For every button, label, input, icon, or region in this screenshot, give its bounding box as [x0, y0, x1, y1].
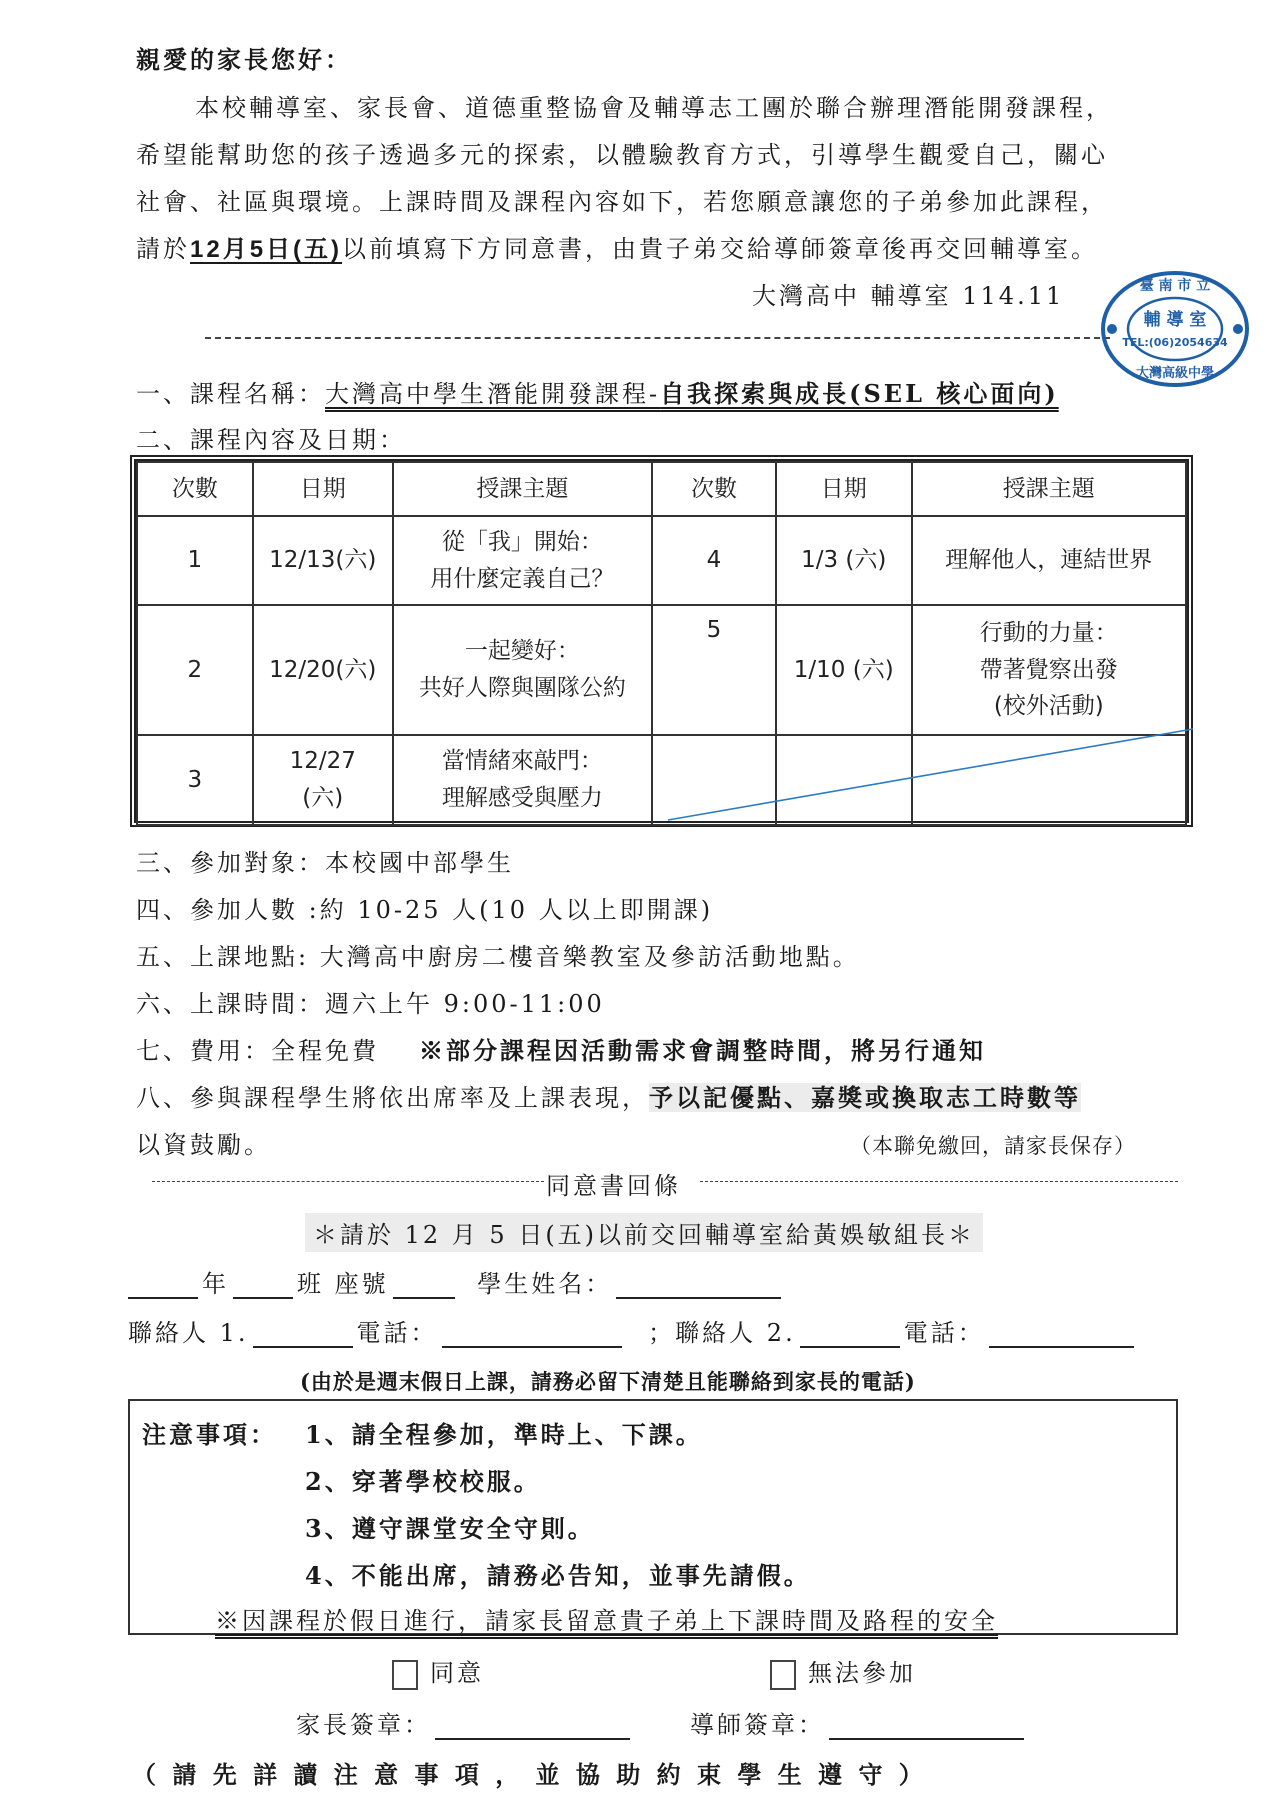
safety-note: ※因課程於假日進行，請家長留意貴子弟上下課時間及路程的安全 — [215, 1601, 998, 1636]
header-topic-2: 授課主題 — [912, 462, 1186, 516]
reply-divider-left — [152, 1181, 544, 1182]
course-name-title: 自我探索與成長(SEL 核心面向) — [660, 379, 1059, 408]
contact1-phone-input[interactable] — [442, 1324, 622, 1348]
decline-label: 無法參加 — [808, 1659, 916, 1687]
empty-cell — [912, 735, 1186, 825]
parent-signature[interactable]: 家長簽章： — [296, 1705, 634, 1740]
intro-line-3: 社會、社區與環境。上課時間及課程內容如下，若您願意讓您的子弟參加此課程， — [136, 182, 1108, 217]
session-date: 12/13(六) — [253, 516, 393, 605]
intro-line-4: 請於12月5日(五)以前填寫下方同意書，由貴子弟交給導師簽章後再交回輔導室。 — [136, 229, 1098, 264]
section-course-name: 一、課程名稱：大灣高中學生潛能開發課程-自我探索與成長(SEL 核心面向) — [136, 374, 1059, 409]
keep-copy-note: （本聯免繳回，請家長保存） — [850, 1130, 1136, 1160]
contact1-name-input[interactable] — [253, 1324, 353, 1348]
session-number: 2 — [137, 605, 253, 735]
student-name-input[interactable] — [616, 1275, 781, 1299]
intro-line-2: 希望能幫助您的孩子透過多元的探索，以體驗教育方式，引導學生觀愛自己，關心 — [136, 135, 1108, 170]
header-date-2: 日期 — [776, 462, 912, 516]
deadline-prefix: 請於 — [136, 235, 190, 263]
grade-input[interactable] — [128, 1275, 198, 1299]
separator-dashed — [205, 337, 1110, 339]
section-time: 六、上課時間：週六上午 9:00-11:00 — [136, 984, 605, 1019]
contact-row[interactable]: 聯絡人 1.電話： ；聯絡人 2.電話： — [128, 1313, 1138, 1348]
agree-option[interactable]: 同意 — [392, 1653, 484, 1690]
session-number: 1 — [137, 516, 253, 605]
schedule-change-note: ※部分課程因活動需求會調整時間，將另行通知 — [419, 1036, 986, 1065]
section-reward: 八、參與課程學生將依出席率及上課表現，予以記優點、嘉獎或換取志工時數等 — [136, 1078, 1081, 1113]
office-signature: 大灣高中 輔導室 114.11 — [752, 276, 1064, 311]
notice-box: 注意事項： 1、請全程參加，準時上、下課。 2、穿著學校校服。 3、遵守課堂安全… — [128, 1399, 1178, 1635]
header-topic: 授課主題 — [393, 462, 652, 516]
table-row: 3 12/27 (六) 當情緒來敲門： 理解感受與壓力 — [137, 735, 1186, 825]
session-date: 12/20(六) — [253, 605, 393, 735]
section-location: 五、上課地點: 大灣高中廚房二樓音樂教室及參訪活動地點。 — [136, 937, 860, 972]
course-name-prefix: 大灣高中學生潛能開發課程- — [325, 380, 660, 408]
phone-requirement-note: (由於是週末假日上課，請務必留下清楚且能聯絡到家長的電話) — [300, 1366, 916, 1396]
reply-divider-right — [700, 1181, 1178, 1182]
decline-option[interactable]: 無法參加 — [770, 1653, 916, 1690]
class-input[interactable] — [233, 1275, 293, 1299]
greeting: 親愛的家長您好： — [136, 40, 352, 75]
table-row: 2 12/20(六) 一起變好： 共好人際與團隊公約 5 1/10 (六) 行動… — [137, 605, 1186, 735]
notice-item: 1、請全程參加，準時上、下課。 — [305, 1415, 703, 1450]
seat-number-input[interactable] — [393, 1275, 455, 1299]
contact2-name-input[interactable] — [800, 1324, 900, 1348]
intro-line-1: 本校輔導室、家長會、道德重整協會及輔導志工團於聯合辦理潛能開發課程， — [195, 88, 1113, 123]
svg-text:大灣高級中學: 大灣高級中學 — [1136, 365, 1214, 381]
notice-item: 3、遵守課堂安全守則。 — [305, 1509, 595, 1544]
section-participants: 三、參加對象：本校國中部學生 — [136, 843, 514, 878]
session-topic: 當情緒來敲門： 理解感受與壓力 — [393, 735, 652, 825]
parent-signature-input[interactable] — [435, 1716, 630, 1740]
session-topic: 行動的力量： 帶著覺察出發 (校外活動) — [912, 605, 1186, 735]
session-topic: 理解他人，連結世界 — [912, 516, 1186, 605]
fee-label: 七、費用：全程免費 — [136, 1037, 379, 1065]
return-deadline-note: ＊請於 12 月 5 日(五)以前交回輔導室給黃娛敏組長＊ — [305, 1213, 983, 1252]
agree-checkbox[interactable] — [392, 1660, 418, 1690]
session-date: 12/27 (六) — [253, 735, 393, 825]
section-reward-cont: 以資鼓勵。 — [136, 1125, 271, 1160]
contact2-phone-input[interactable] — [989, 1324, 1134, 1348]
svg-text:TEL:(06)2054634: TEL:(06)2054634 — [1122, 336, 1228, 349]
course-schedule-table: 次數 日期 授課主題 次數 日期 授課主題 1 12/13(六) 從「我」開始：… — [130, 455, 1193, 827]
section-fee: 七、費用：全程免費※部分課程因活動需求會調整時間，將另行通知 — [136, 1031, 986, 1066]
reward-text: 八、參與課程學生將依出席率及上課表現， — [136, 1084, 649, 1112]
reward-highlight: 予以記優點、嘉獎或換取志工時數等 — [649, 1083, 1081, 1112]
empty-cell — [652, 735, 776, 825]
notice-item: 4、不能出席，請務必告知，並事先請假。 — [305, 1556, 811, 1591]
table-header-row: 次數 日期 授課主題 次數 日期 授課主題 — [137, 462, 1186, 516]
notice-title: 注意事項： — [142, 1415, 277, 1450]
reply-slip-title: 同意書回條 — [546, 1166, 681, 1201]
empty-cell — [776, 735, 912, 825]
footer-reminder: （ 請 先 詳 讀 注 意 事 項 ， 並 協 助 約 束 學 生 遵 守 ） — [132, 1755, 927, 1790]
svg-text:臺 南 市 立: 臺 南 市 立 — [1140, 277, 1211, 294]
header-session-2: 次數 — [652, 462, 776, 516]
header-date: 日期 — [253, 462, 393, 516]
decline-checkbox[interactable] — [770, 1660, 796, 1690]
section-course-content-label: 二、課程內容及日期： — [136, 420, 406, 455]
session-date: 1/10 (六) — [776, 605, 912, 735]
notice-item: 2、穿著學校校服。 — [305, 1462, 541, 1497]
deadline-suffix: 以前填寫下方同意書，由貴子弟交給導師簽章後再交回輔導室。 — [342, 235, 1098, 263]
section-headcount: 四、參加人數 :約 10-25 人(10 人以上即開課) — [136, 890, 713, 925]
student-name-label: 學生姓名： — [477, 1270, 612, 1298]
teacher-signature[interactable]: 導師簽章： — [690, 1705, 1028, 1740]
deadline-date: 12月5日(五) — [190, 236, 342, 263]
session-number: 5 — [652, 605, 776, 735]
session-date: 1/3 (六) — [776, 516, 912, 605]
svg-text:輔 導 室: 輔 導 室 — [1144, 309, 1207, 330]
table-row: 1 12/13(六) 從「我」開始： 用什麼定義自己？ 4 1/3 (六) 理解… — [137, 516, 1186, 605]
office-stamp-icon: 臺 南 市 立 輔 導 室 TEL:(06)2054634 大灣高級中學 — [1100, 270, 1250, 388]
session-topic: 從「我」開始： 用什麼定義自己？ — [393, 516, 652, 605]
student-info-row[interactable]: 年班 座號 學生姓名： — [128, 1264, 785, 1299]
session-number: 3 — [137, 735, 253, 825]
header-session: 次數 — [137, 462, 253, 516]
agree-label: 同意 — [430, 1659, 484, 1687]
session-topic: 一起變好： 共好人際與團隊公約 — [393, 605, 652, 735]
session-number: 4 — [652, 516, 776, 605]
teacher-signature-input[interactable] — [829, 1716, 1024, 1740]
course-name-label: 一、課程名稱： — [136, 380, 325, 408]
